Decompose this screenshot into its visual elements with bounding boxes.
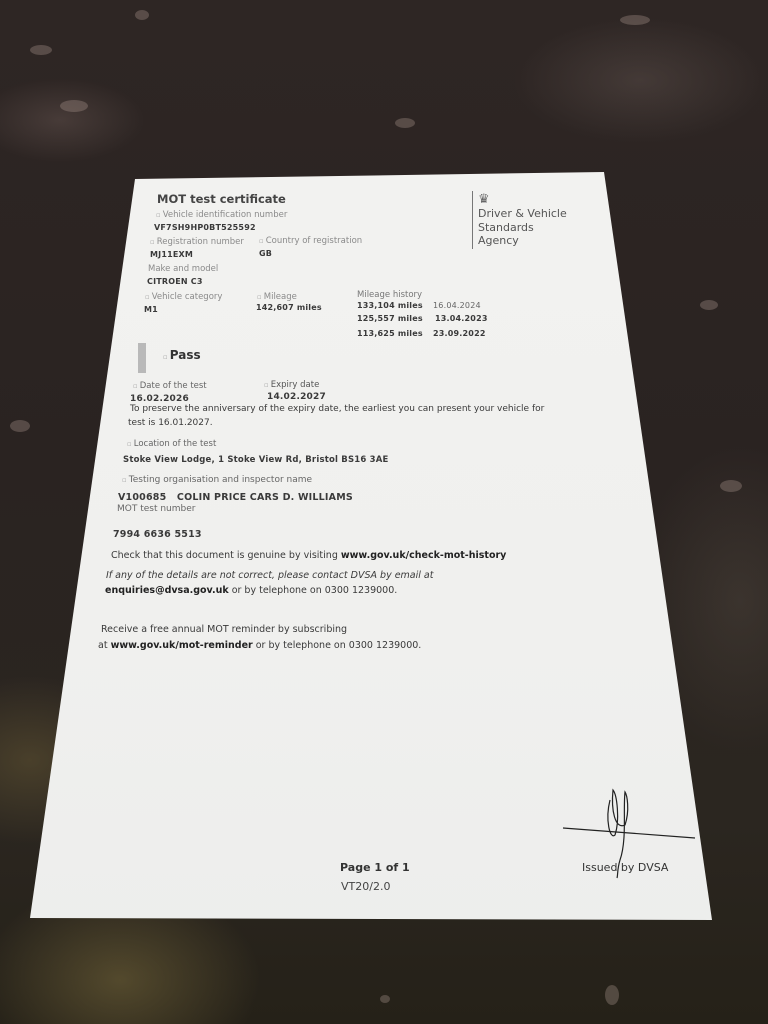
contact-details: enquiries@dvsa.gov.uk or by telephone on… bbox=[105, 585, 397, 596]
contact-text: If any of the details are not correct, p… bbox=[106, 570, 433, 581]
expiry-date-label: ▫Expiry date bbox=[264, 380, 319, 390]
test-date-value: 16.02.2026 bbox=[130, 394, 189, 404]
mileage-label: ▫Mileage bbox=[257, 292, 297, 302]
check-mot-history-link[interactable]: www.gov.uk/check-mot-history bbox=[341, 550, 507, 561]
test-date-label: ▫Date of the test bbox=[133, 381, 207, 391]
issued-by: Issued by DVSA bbox=[582, 861, 668, 874]
mileage-history-date: 16.04.2024 bbox=[433, 301, 481, 310]
mot-reminder-link[interactable]: www.gov.uk/mot-reminder bbox=[111, 640, 253, 651]
mot-certificate: MOT test certificate ♛ Driver & Vehicle … bbox=[0, 0, 768, 1024]
mileage-history-date: 23.09.2022 bbox=[433, 329, 486, 338]
expiry-date-value: 14.02.2027 bbox=[267, 392, 326, 402]
registration-label: ▫Registration number bbox=[150, 237, 244, 247]
reminder-details: at www.gov.uk/mot-reminder or by telepho… bbox=[98, 640, 421, 651]
mileage-history-miles: 133,104 miles bbox=[357, 301, 423, 310]
test-number-label: MOT test number bbox=[117, 504, 195, 514]
test-number-value: 7994 6636 5513 bbox=[113, 529, 202, 540]
reminder-text: Receive a free annual MOT reminder by su… bbox=[101, 624, 347, 635]
country-value: GB bbox=[259, 249, 272, 258]
mileage-value: 142,607 miles bbox=[256, 303, 322, 312]
check-genuine-text: Check that this document is genuine by v… bbox=[111, 550, 506, 561]
dvsa-logo-text: Driver & Vehicle Standards Agency bbox=[478, 207, 567, 248]
make-model-value: CITROEN C3 bbox=[147, 277, 203, 286]
anniversary-note: To preserve the anniversary of the expir… bbox=[130, 404, 544, 414]
location-label: ▫Location of the test bbox=[127, 439, 216, 449]
document-title: MOT test certificate bbox=[157, 192, 286, 206]
result-marker bbox=[138, 343, 146, 373]
mileage-history-label: Mileage history bbox=[357, 290, 422, 300]
vehicle-category-label: ▫Vehicle category bbox=[145, 292, 222, 302]
vehicle-category-value: M1 bbox=[144, 305, 158, 314]
mileage-history-date: 13.04.2023 bbox=[435, 314, 488, 323]
mileage-history-miles: 125,557 miles bbox=[357, 314, 423, 323]
page-number: Page 1 of 1 bbox=[340, 861, 410, 874]
testing-org-label: ▫Testing organisation and inspector name bbox=[122, 475, 312, 485]
vin-value: VF7SH9HP0BT525592 bbox=[154, 223, 256, 232]
make-model-label: Make and model bbox=[148, 264, 218, 274]
vin-label: ▫Vehicle identification number bbox=[156, 210, 287, 220]
anniversary-note-cont: test is 16.01.2027. bbox=[128, 418, 213, 428]
mileage-history-miles: 113,625 miles bbox=[357, 329, 423, 338]
location-value: Stoke View Lodge, 1 Stoke View Rd, Brist… bbox=[123, 455, 389, 465]
royal-crest-icon: ♛ bbox=[478, 192, 490, 207]
registration-value: MJ11EXM bbox=[150, 250, 193, 259]
country-label: ▫Country of registration bbox=[259, 236, 362, 246]
test-result: ▫Pass bbox=[163, 348, 201, 362]
logo-divider bbox=[472, 191, 473, 249]
contact-email-link[interactable]: enquiries@dvsa.gov.uk bbox=[105, 585, 229, 596]
testing-org-value: V100685 COLIN PRICE CARS D. WILLIAMS bbox=[118, 492, 353, 503]
form-code: VT20/2.0 bbox=[341, 880, 390, 893]
